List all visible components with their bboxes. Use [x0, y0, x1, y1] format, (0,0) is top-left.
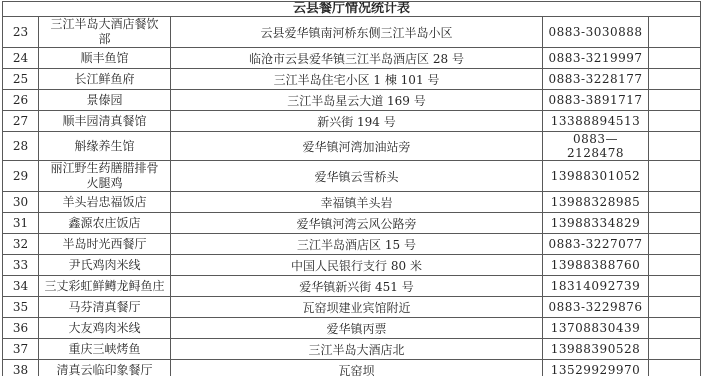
row-number-cell: 28 — [3, 132, 39, 161]
row-number-cell: 29 — [3, 161, 39, 192]
restaurant-name-cell: 顺丰园清真餐馆 — [39, 111, 171, 132]
address-cell: 瓦窑坝 — [171, 360, 543, 376]
row-number-cell: 34 — [3, 276, 39, 297]
phone-number-cell: 0883-3227077 — [543, 234, 649, 255]
phone-number-cell: 13388894513 — [543, 111, 649, 132]
phone-number-cell: 0883—2128478 — [543, 132, 649, 161]
restaurant-name-cell: 半岛时光西餐厅 — [39, 234, 171, 255]
table-row: 23 三江半岛大酒店餐饮 部 云县爱华镇南河桥东侧三江半岛小区 0883-303… — [3, 17, 701, 48]
restaurant-name-cell: 长江鲜鱼府 — [39, 69, 171, 90]
table-row: 33 尹氏鸡肉米线 中国人民银行支行 80 米 13988388760 — [3, 255, 701, 276]
address-cell: 三江半岛住宅小区 1 棟 101 号 — [171, 69, 543, 90]
table-row: 25 长江鲜鱼府 三江半岛住宅小区 1 棟 101 号 0883-3228177 — [3, 69, 701, 90]
phone-number-cell: 13988388760 — [543, 255, 649, 276]
remark-cell — [649, 132, 701, 161]
address-cell: 爱华镇丙票 — [171, 318, 543, 339]
phone-number-cell: 0883-3219997 — [543, 48, 649, 69]
remark-cell — [649, 192, 701, 213]
remark-cell — [649, 360, 701, 376]
address-cell: 三江半岛大酒店北 — [171, 339, 543, 360]
address-cell: 瓦窑坝建业宾馆附近 — [171, 297, 543, 318]
remark-cell — [649, 297, 701, 318]
phone-number-cell: 0883-3891717 — [543, 90, 649, 111]
row-number-cell: 36 — [3, 318, 39, 339]
restaurant-name-cell: 斛缘养生馆 — [39, 132, 171, 161]
phone-number-cell: 13529929970 — [543, 360, 649, 376]
table-row: 24 顺丰鱼馆 临沧市云县爱华镇三江半岛酒店区 28 号 0883-321999… — [3, 48, 701, 69]
table-row: 36 大友鸡肉米线 爱华镇丙票 13708830439 — [3, 318, 701, 339]
row-number-cell: 32 — [3, 234, 39, 255]
phone-number-cell: 0883-3228177 — [543, 69, 649, 90]
table-row: 35 马芬清真餐厅 瓦窑坝建业宾馆附近 0883-3229876 — [3, 297, 701, 318]
address-cell: 临沧市云县爱华镇三江半岛酒店区 28 号 — [171, 48, 543, 69]
restaurant-name-cell: 重庆三峡烤鱼 — [39, 339, 171, 360]
remark-cell — [649, 90, 701, 111]
remark-cell — [649, 213, 701, 234]
row-number-cell: 25 — [3, 69, 39, 90]
table-row: 29 丽江野生药膳腊排骨 火腿鸡 爱华镇云雪桥头 13988301052 — [3, 161, 701, 192]
restaurant-name-cell: 马芬清真餐厅 — [39, 297, 171, 318]
table-row: 28 斛缘养生馆 爱华镇河湾加油站旁 0883—2128478 — [3, 132, 701, 161]
restaurant-name-cell: 尹氏鸡肉米线 — [39, 255, 171, 276]
remark-cell — [649, 48, 701, 69]
phone-number-cell: 13988390528 — [543, 339, 649, 360]
phone-number-cell: 13988334829 — [543, 213, 649, 234]
remark-cell — [649, 276, 701, 297]
remark-cell — [649, 161, 701, 192]
phone-number-cell: 13988301052 — [543, 161, 649, 192]
table-row: 38 清真云临印象餐厅 瓦窑坝 13529929970 — [3, 360, 701, 376]
table-row: 32 半岛时光西餐厅 三江半岛酒店区 15 号 0883-3227077 — [3, 234, 701, 255]
address-cell: 爱华镇云雪桥头 — [171, 161, 543, 192]
remark-cell — [649, 111, 701, 132]
address-cell: 三江半岛酒店区 15 号 — [171, 234, 543, 255]
row-number-cell: 30 — [3, 192, 39, 213]
phone-number-cell: 0883-3229876 — [543, 297, 649, 318]
address-cell: 云县爱华镇南河桥东侧三江半岛小区 — [171, 17, 543, 48]
restaurant-name-cell: 鑫源农庄饭店 — [39, 213, 171, 234]
remark-cell — [649, 69, 701, 90]
remark-cell — [649, 234, 701, 255]
remark-cell — [649, 318, 701, 339]
table-row: 27 顺丰园清真餐馆 新兴街 194 号 13388894513 — [3, 111, 701, 132]
table-row: 31 鑫源农庄饭店 爱华镇河湾云风公路旁 13988334829 — [3, 213, 701, 234]
phone-number-cell: 13988328985 — [543, 192, 649, 213]
row-number-cell: 24 — [3, 48, 39, 69]
row-number-cell: 27 — [3, 111, 39, 132]
remark-cell — [649, 339, 701, 360]
row-number-cell: 33 — [3, 255, 39, 276]
address-cell: 爱华镇河湾加油站旁 — [171, 132, 543, 161]
row-number-cell: 31 — [3, 213, 39, 234]
address-cell: 爱华镇新兴街 451 号 — [171, 276, 543, 297]
restaurant-name-cell: 大友鸡肉米线 — [39, 318, 171, 339]
table-title: 云县餐厅情况统计表 — [3, 2, 701, 17]
title-row: 云县餐厅情况统计表 — [3, 2, 701, 17]
restaurant-name-cell: 清真云临印象餐厅 — [39, 360, 171, 376]
table-row: 37 重庆三峡烤鱼 三江半岛大酒店北 13988390528 — [3, 339, 701, 360]
table-row: 30 羊头岩忠福饭店 幸福镇羊头岩 13988328985 — [3, 192, 701, 213]
row-number-cell: 37 — [3, 339, 39, 360]
phone-number-cell: 13708830439 — [543, 318, 649, 339]
phone-number-cell: 0883-3030888 — [543, 17, 649, 48]
phone-number-cell: 18314092739 — [543, 276, 649, 297]
restaurant-name-cell: 丽江野生药膳腊排骨 火腿鸡 — [39, 161, 171, 192]
restaurant-name-cell: 三丈彩虹鲜鳟龙鲟鱼庄 — [39, 276, 171, 297]
address-cell: 三江半岛星云大道 169 号 — [171, 90, 543, 111]
restaurant-name-cell: 景傣园 — [39, 90, 171, 111]
remark-cell — [649, 17, 701, 48]
address-cell: 幸福镇羊头岩 — [171, 192, 543, 213]
remark-cell — [649, 255, 701, 276]
row-number-cell: 23 — [3, 17, 39, 48]
address-cell: 爱华镇河湾云风公路旁 — [171, 213, 543, 234]
row-number-cell: 38 — [3, 360, 39, 376]
restaurant-name-cell: 羊头岩忠福饭店 — [39, 192, 171, 213]
restaurant-name-cell: 顺丰鱼馆 — [39, 48, 171, 69]
row-number-cell: 35 — [3, 297, 39, 318]
table-row: 34 三丈彩虹鲜鳟龙鲟鱼庄 爱华镇新兴街 451 号 18314092739 — [3, 276, 701, 297]
row-number-cell: 26 — [3, 90, 39, 111]
table-row: 26 景傣园 三江半岛星云大道 169 号 0883-3891717 — [3, 90, 701, 111]
address-cell: 中国人民银行支行 80 米 — [171, 255, 543, 276]
restaurant-statistics-table: 云县餐厅情况统计表 23 三江半岛大酒店餐饮 部 云县爱华镇南河桥东侧三江半岛小… — [2, 1, 701, 376]
address-cell: 新兴街 194 号 — [171, 111, 543, 132]
restaurant-name-cell: 三江半岛大酒店餐饮 部 — [39, 17, 171, 48]
